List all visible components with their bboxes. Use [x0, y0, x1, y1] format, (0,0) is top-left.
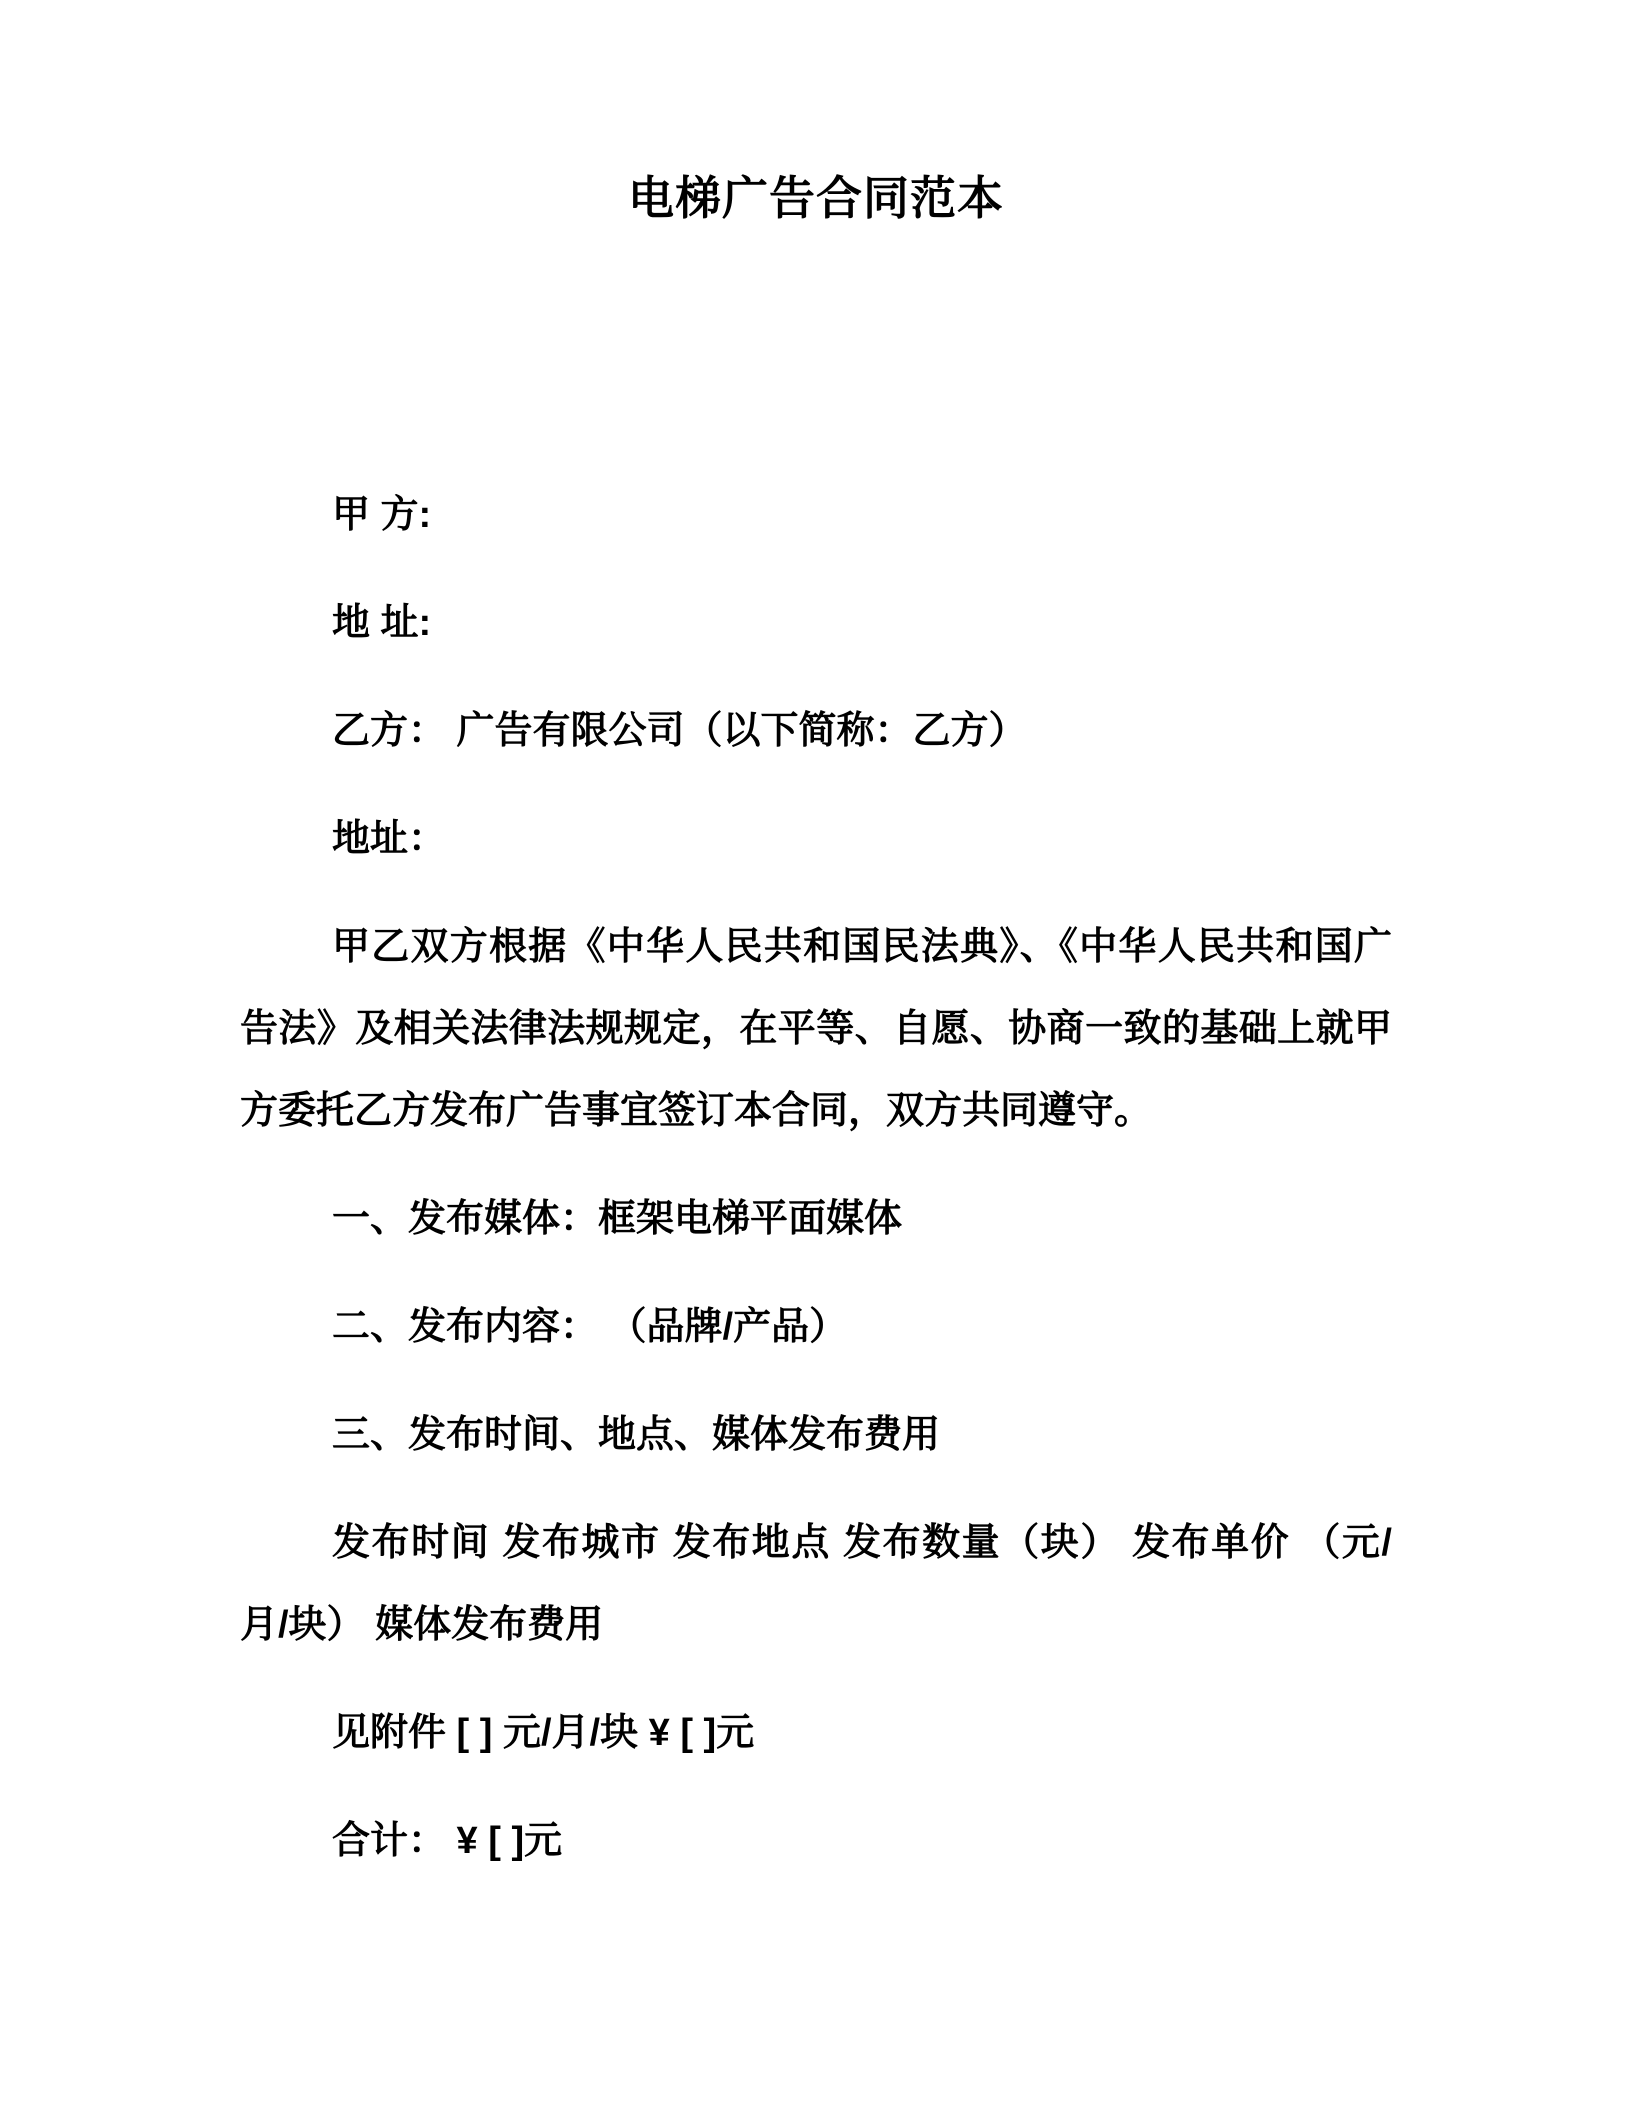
preamble-paragraph: 甲乙双方根据《中华人民共和国民法典》、《中华人民共和国广告法》及相关法律法规规定… — [240, 906, 1392, 1152]
schedule-columns-line: 发布时间 发布城市 发布地点 发布数量（块） 发布单价 （元/月/块） 媒体发布… — [240, 1502, 1392, 1666]
party-b-address-line: 地址： — [240, 798, 1392, 880]
clause-2-content-line: 二、发布内容： （品牌/产品） — [240, 1286, 1392, 1368]
clause-1-media-line: 一、发布媒体：框架电梯平面媒体 — [240, 1178, 1392, 1260]
contract-document-page: 电梯广告合同范本 甲 方: 地 址: 乙方： 广告有限公司（以下简称：乙方） 地… — [0, 0, 1632, 2112]
party-a-line: 甲 方: — [240, 474, 1392, 556]
party-a-address-line: 地 址: — [240, 582, 1392, 664]
clause-3-fees-line: 三、发布时间、地点、媒体发布费用 — [240, 1394, 1392, 1476]
document-title: 电梯广告合同范本 — [240, 168, 1392, 228]
attachment-price-line: 见附件 [ ] 元/月/块 ¥ [ ]元 — [240, 1692, 1392, 1774]
party-b-line: 乙方： 广告有限公司（以下简称：乙方） — [240, 690, 1392, 772]
total-line: 合计： ¥ [ ]元 — [240, 1800, 1392, 1882]
